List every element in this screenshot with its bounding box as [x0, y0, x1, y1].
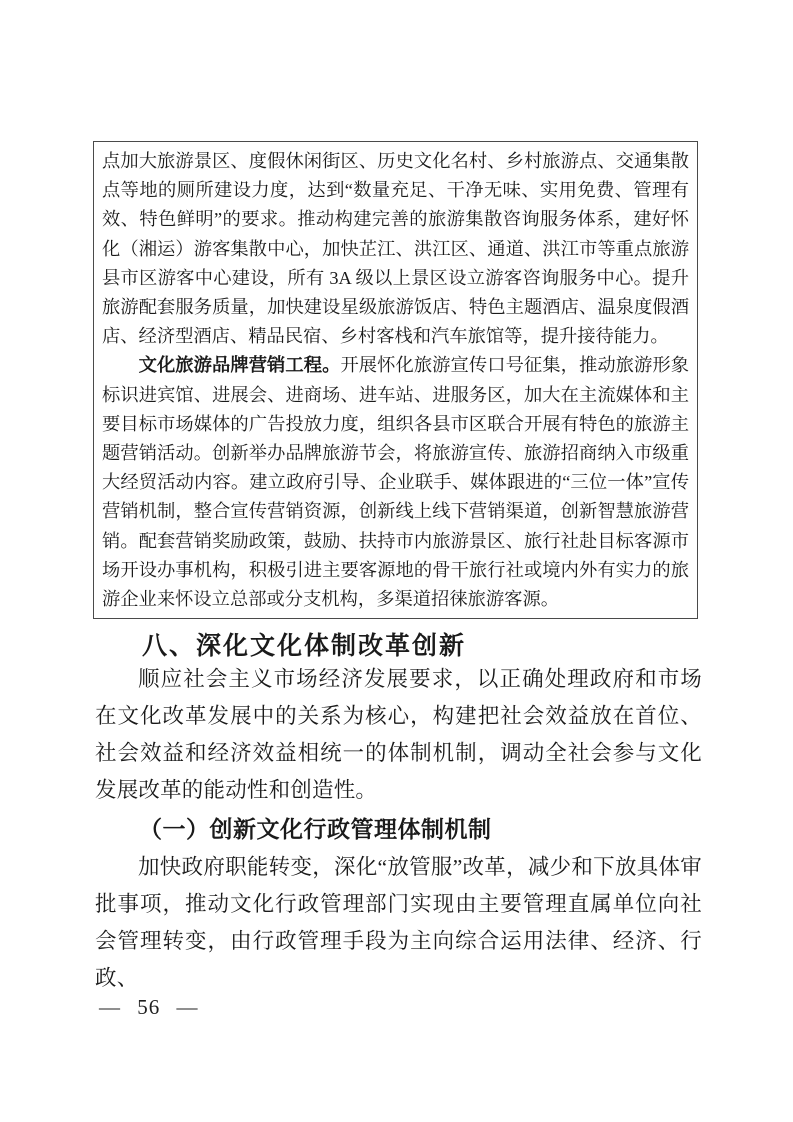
paragraph-tourism-facilities: 点加大旅游景区、度假休闲街区、历史文化名村、乡村旅游点、交通集散点等地的厕所建设…	[102, 147, 689, 351]
section-eight-intro-paragraph: 顺应社会主义市场经济发展要求，以正确处理政府和市场在文化改革发展中的关系为核心，…	[95, 661, 702, 809]
paragraph-brand-marketing-body: 开展怀化旅游宣传口号征集，推动旅游形象标识进宾馆、进展会、进商场、进车站、进服务…	[102, 355, 689, 609]
boxed-text-block: 点加大旅游景区、度假休闲街区、历史文化名村、乡村旅游点、交通集散点等地的厕所建设…	[93, 141, 698, 619]
document-page: 点加大旅游景区、度假休闲街区、历史文化名村、乡村旅游点、交通集散点等地的厕所建设…	[0, 0, 793, 1122]
paragraph-brand-marketing: 文化旅游品牌营销工程。开展怀化旅游宣传口号征集，推动旅游形象标识进宾馆、进展会、…	[102, 351, 689, 614]
section-eight-heading: 八、深化文化体制改革创新	[142, 626, 466, 662]
project-title-bold: 文化旅游品牌营销工程。	[139, 355, 341, 375]
subsection-one-heading: （一）创新文化行政管理体制机制	[95, 811, 492, 844]
page-number: — 56 —	[99, 995, 199, 1020]
subsection-one-paragraph: 加快政府职能转变，深化“放管服”改革，减少和下放具体审批事项，推动文化行政管理部…	[95, 849, 702, 997]
